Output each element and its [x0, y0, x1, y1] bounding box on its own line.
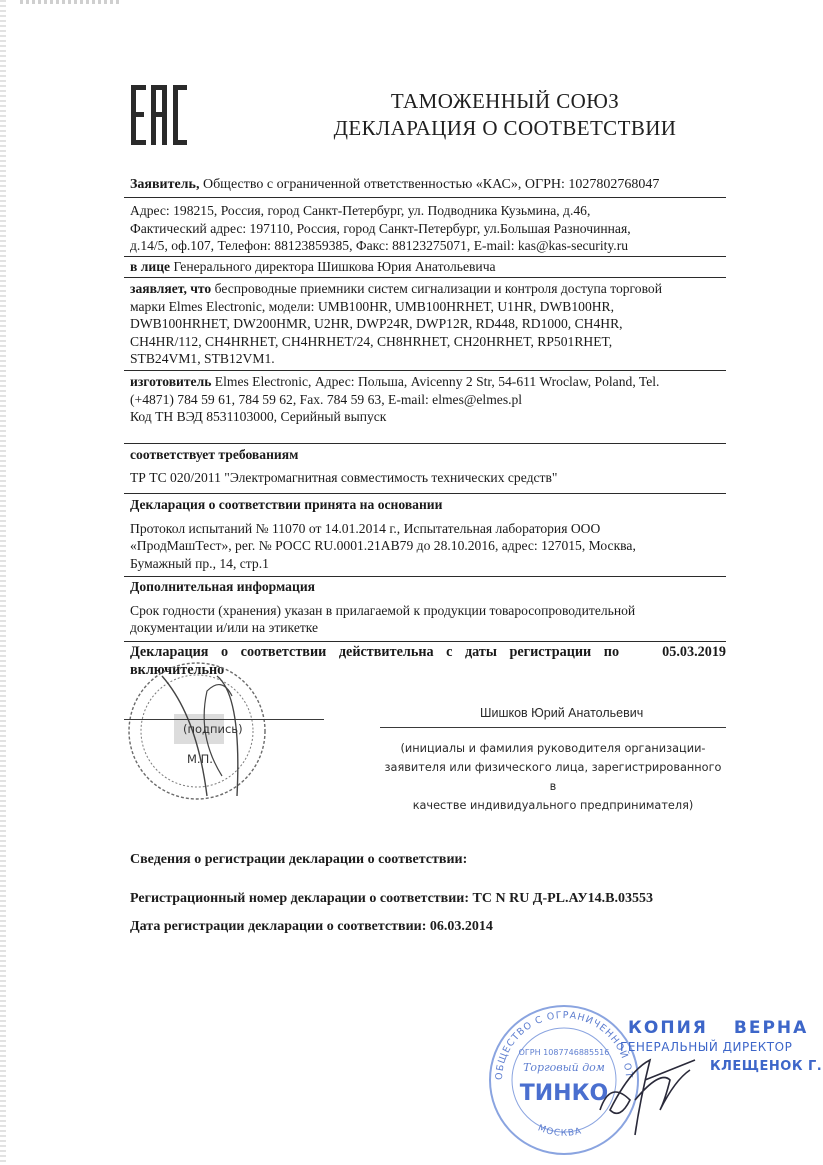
- signer-note: (инициалы и фамилия руководителя организ…: [380, 739, 726, 815]
- signer-note-line-1: (инициалы и фамилия руководителя организ…: [380, 739, 726, 758]
- copy-label: КОПИЯ: [628, 1018, 708, 1038]
- declares-line-2: марки Elmes Electronic, модели: UMB100HR…: [130, 298, 726, 316]
- basis-line-1: Протокол испытаний № 11070 от 14.01.2014…: [130, 520, 726, 538]
- requirements-label: соответствует требованиям: [130, 447, 298, 462]
- applicant-row: Заявитель, Общество с ограниченной ответ…: [130, 176, 726, 194]
- manufacturer-section: изготовитель Elmes Electronic, Адрес: По…: [130, 373, 726, 426]
- document-title: ТАМОЖЕННЫЙ СОЮЗ ДЕКЛАРАЦИЯ О СООТВЕТСТВИ…: [270, 88, 740, 142]
- divider: [124, 197, 726, 198]
- divider: [124, 576, 726, 577]
- registration-date-label: Дата регистрации декларации о соответств…: [130, 919, 430, 934]
- title-line-1: ТАМОЖЕННЫЙ СОЮЗ: [270, 88, 740, 115]
- eac-logo: [131, 85, 187, 145]
- applicant-text: Общество с ограниченной ответственностью…: [199, 177, 659, 192]
- scan-top-artifact: [20, 0, 120, 4]
- represented-text: Генерального директора Шишкова Юрия Анат…: [170, 259, 496, 274]
- divider: [124, 641, 726, 642]
- signer-name-line: [380, 727, 726, 728]
- declares-line-4: CH4HR/112, CH4HRHET, CH4HRHET/24, CH8HRH…: [130, 333, 726, 351]
- basis-line-2: «ПродМашТест», рег. № РОСС RU.0001.21АВ7…: [130, 537, 726, 555]
- manufacturer-label: изготовитель: [130, 374, 211, 389]
- additional-line-2: документации и/или на этикетке: [130, 619, 726, 637]
- divider: [124, 443, 726, 444]
- signature-line: [124, 719, 324, 720]
- registration-number-value: ТС N RU Д-PL.АУ14.В.03553: [473, 891, 653, 906]
- additional-label: Дополнительная информация: [130, 579, 315, 594]
- registration-heading: Сведения о регистрации декларации о соот…: [130, 852, 467, 868]
- signer-note-line-3: качестве индивидуального предпринимателя…: [380, 796, 726, 815]
- divider: [124, 370, 726, 371]
- declares-label: заявляет, что: [130, 281, 211, 296]
- validity-date: 05.03.2019: [662, 644, 726, 662]
- seal-caption: М.П.: [187, 752, 213, 766]
- manufacturer-line-3: Код ТН ВЭД 8531103000, Серийный выпуск: [130, 408, 726, 426]
- registration-number-label: Регистрационный номер декларации о соотв…: [130, 891, 473, 906]
- declares-line-5: STB24VM1, STB12VM1.: [130, 350, 726, 368]
- svg-text:МОСКВА: МОСКВА: [536, 1123, 583, 1138]
- basis-label: Декларация о соответствии принята на осн…: [130, 497, 442, 512]
- manufacturer-line-1: Elmes Electronic, Адрес: Польша, Avicenn…: [211, 374, 659, 389]
- signature-caption: (подпись): [183, 722, 243, 736]
- additional-line-1: Срок годности (хранения) указан в прилаг…: [130, 602, 726, 620]
- registration-date-row: Дата регистрации декларации о соответств…: [130, 919, 493, 935]
- manufacturer-line-2: (+4871) 784 59 61, 784 59 62, Fax. 784 5…: [130, 391, 726, 409]
- signer-name: Шишков Юрий Анатольевич: [480, 706, 643, 720]
- declares-line-1: беспроводные приемники систем сигнализац…: [211, 281, 662, 296]
- copy-signer: КЛЕЩЕНОК Г. С.: [710, 1059, 823, 1074]
- additional-section: Дополнительная информация Срок годности …: [130, 578, 726, 637]
- represented-label: в лице: [130, 259, 170, 274]
- seal-city-text: МОСКВА: [536, 1123, 583, 1138]
- eac-logo-icon: [131, 85, 187, 145]
- address-line-3: д.14/5, оф.107, Телефон: 88123859385, Фа…: [130, 237, 726, 255]
- declares-line-3: DWB100HRHET, DW200HMR, U2HR, DWP24R, DWP…: [130, 315, 726, 333]
- address-line-1: Адрес: 198215, Россия, город Санкт-Петер…: [130, 202, 726, 220]
- title-line-2: ДЕКЛАРАЦИЯ О СООТВЕТСТВИИ: [270, 115, 740, 142]
- requirements-text: ТР ТС 020/2011 "Электромагнитная совмест…: [130, 469, 726, 487]
- scan-edge-artifact: [0, 0, 6, 1165]
- applicant-label: Заявитель,: [130, 177, 199, 192]
- true-label: ВЕРНА: [734, 1018, 808, 1038]
- requirements-section: соответствует требованиям ТР ТС 020/2011…: [130, 446, 726, 486]
- declares-section: заявляет, что беспроводные приемники сис…: [130, 280, 726, 368]
- divider: [124, 277, 726, 278]
- basis-line-3: Бумажный пр., 14, стр.1: [130, 555, 726, 573]
- applicant-address: Адрес: 198215, Россия, город Санкт-Петер…: [130, 202, 726, 255]
- signature-icon: [590, 1040, 700, 1140]
- divider: [124, 493, 726, 494]
- registration-date-value: 06.03.2014: [430, 919, 493, 934]
- basis-section: Декларация о соответствии принята на осн…: [130, 496, 726, 572]
- address-line-2: Фактический адрес: 197110, Россия, город…: [130, 220, 726, 238]
- handwritten-signature: [590, 1040, 700, 1140]
- divider: [124, 256, 726, 257]
- signer-note-line-2: заявителя или физического лица, зарегист…: [380, 758, 726, 796]
- represented-row: в лице Генерального директора Шишкова Юр…: [130, 258, 726, 276]
- registration-number-row: Регистрационный номер декларации о соотв…: [130, 891, 653, 907]
